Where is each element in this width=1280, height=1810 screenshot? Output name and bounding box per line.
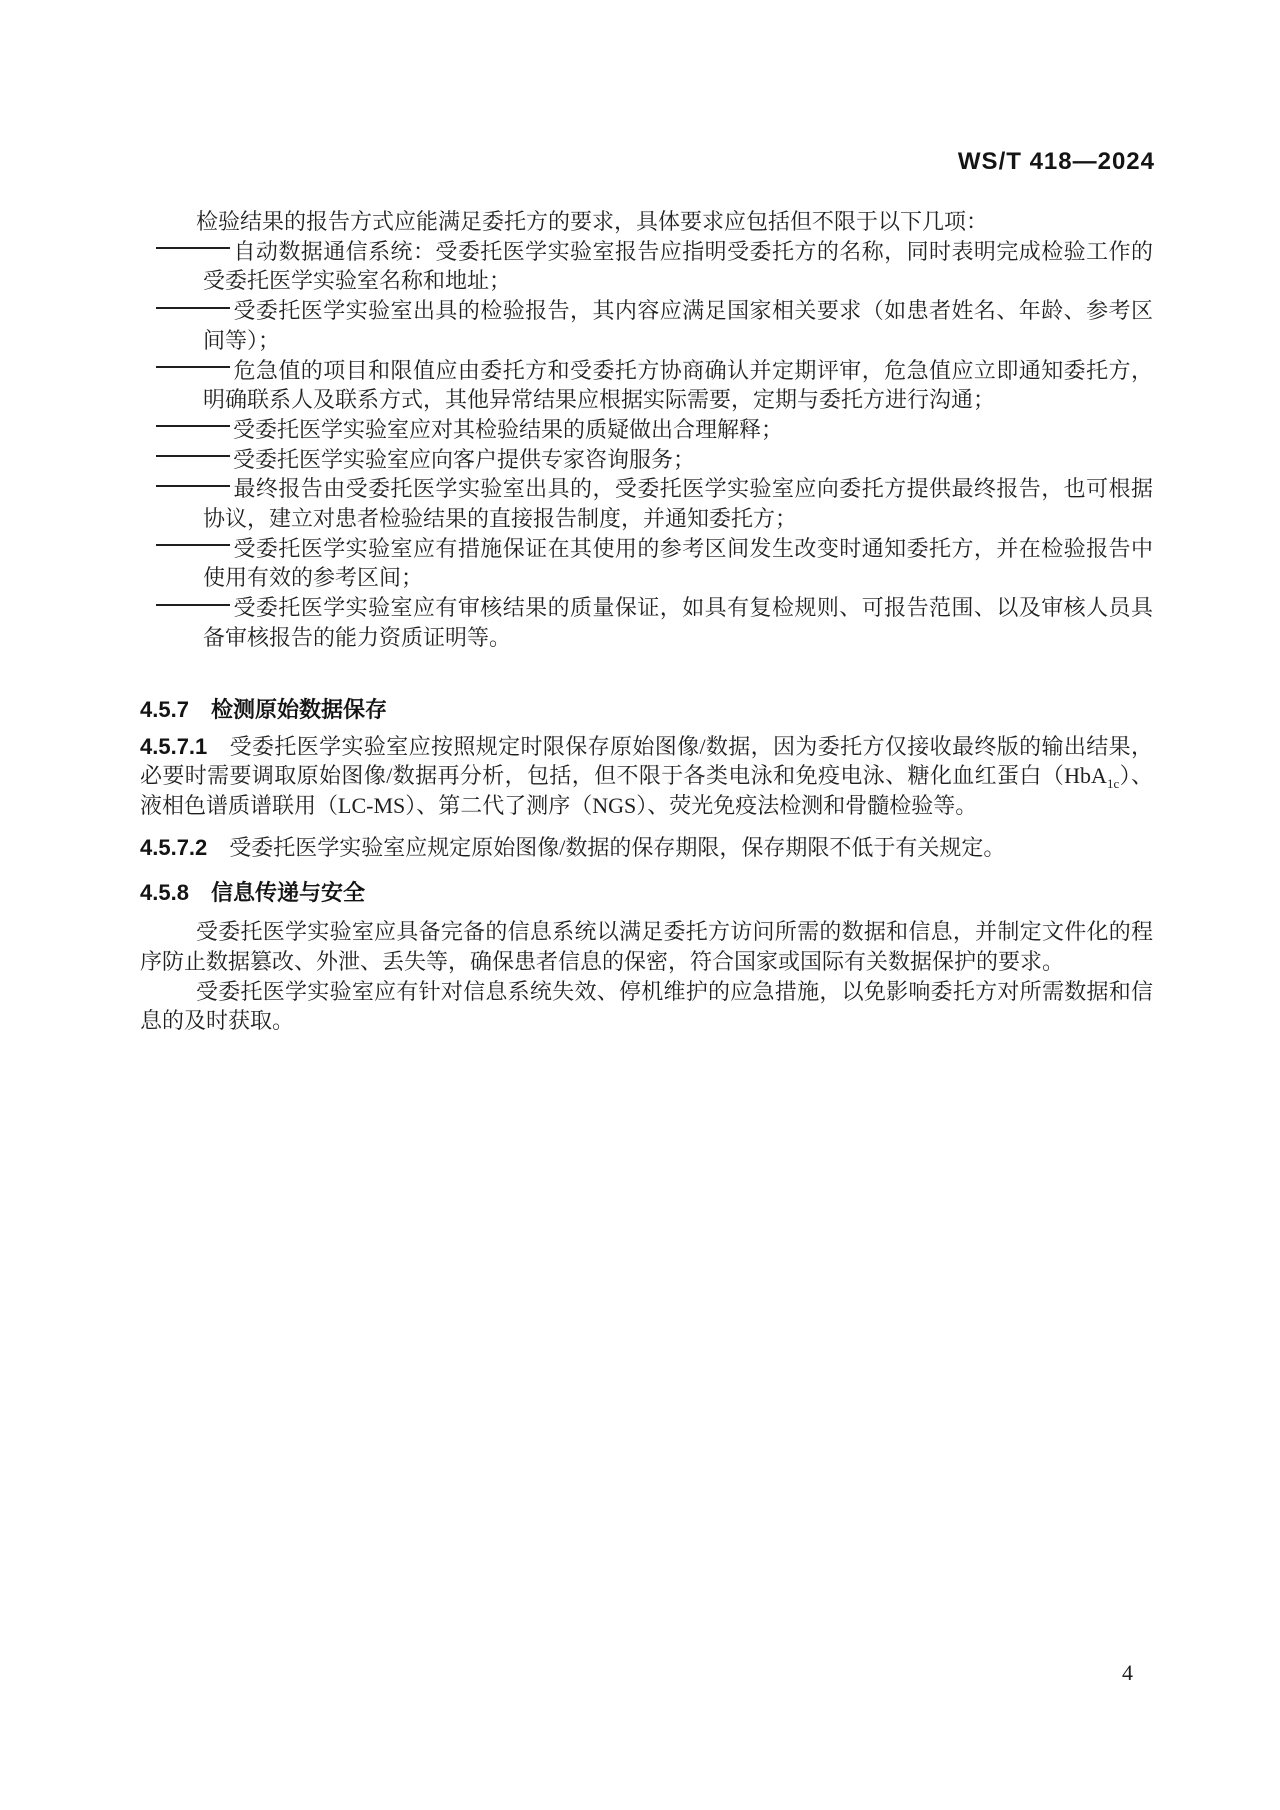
list-item: ——最终报告由受委托医学实验室出具的，受委托医学实验室应向委托方提供最终报告，也…: [140, 474, 1153, 533]
document-page: WS/T 418—2024 检验结果的报告方式应能满足委托方的要求，具体要求应包…: [0, 0, 1280, 1810]
em-dash-bullet: ——: [155, 593, 231, 615]
list-item-text: 受委托医学实验室应对其检验结果的质疑做出合理解释；: [233, 417, 783, 442]
em-dash-bullet: ——: [155, 534, 231, 556]
em-dash-bullet: ——: [155, 356, 231, 378]
em-dash-bullet: ——: [155, 237, 231, 259]
section-458-paragraph-2: 受委托医学实验室应有针对信息系统失效、停机维护的应急措施，以免影响委托方对所需数…: [140, 977, 1153, 1036]
section-number: 4.5.7: [140, 697, 189, 722]
list-item: ——受委托医学实验室应有措施保证在其使用的参考区间发生改变时通知委托方，并在检验…: [140, 534, 1153, 593]
clause-text: 受委托医学实验室应按照规定时限保存原始图像/数据，因为委托方仅接收最终版的输出结…: [140, 734, 1153, 789]
section-number: 4.5.8: [140, 880, 189, 905]
section-title: 信息传递与安全: [211, 880, 365, 905]
clause-text: 受委托医学实验室应规定原始图像/数据的保存期限，保存期限不低于有关规定。: [229, 835, 1005, 860]
clause-number: 4.5.7.1: [140, 734, 207, 759]
list-item-text: 受委托医学实验室应向客户提供专家咨询服务；: [233, 447, 695, 472]
em-dash-bullet: ——: [155, 415, 231, 437]
list-item-text: 受委托医学实验室出具的检验报告，其内容应满足国家相关要求（如患者姓名、年龄、参考…: [203, 298, 1153, 353]
section-heading-458: 4.5.8信息传递与安全: [140, 878, 1153, 908]
list-item: ——受委托医学实验室出具的检验报告，其内容应满足国家相关要求（如患者姓名、年龄、…: [140, 296, 1153, 355]
list-item-text: 受委托医学实验室应有审核结果的质量保证，如具有复检规则、可报告范围、以及审核人员…: [203, 595, 1153, 650]
page-content: 检验结果的报告方式应能满足委托方的要求，具体要求应包括但不限于以下几项： ——自…: [140, 207, 1153, 1036]
page-number: 4: [1122, 1660, 1133, 1686]
list-item: ——危急值的项目和限值应由委托方和受委托方协商确认并定期评审，危急值应立即通知委…: [140, 356, 1153, 415]
list-item-text: 自动数据通信系统：受委托医学实验室报告应指明受委托方的名称，同时表明完成检验工作…: [203, 239, 1153, 294]
section-458-paragraph-1: 受委托医学实验室应具备完备的信息系统以满足委托方访问所需的数据和信息，并制定文件…: [140, 917, 1153, 976]
clause-4572: 4.5.7.2受委托医学实验室应规定原始图像/数据的保存期限，保存期限不低于有关…: [140, 833, 1153, 863]
subscript-hba1c: 1c: [1107, 776, 1119, 791]
clause-number: 4.5.7.2: [140, 835, 207, 860]
requirements-list: ——自动数据通信系统：受委托医学实验室报告应指明受委托方的名称，同时表明完成检验…: [140, 237, 1153, 653]
section-heading-457: 4.5.7检测原始数据保存: [140, 695, 1153, 725]
em-dash-bullet: ——: [155, 296, 231, 318]
list-item: ——受委托医学实验室应对其检验结果的质疑做出合理解释；: [140, 415, 1153, 445]
clause-4571: 4.5.7.1受委托医学实验室应按照规定时限保存原始图像/数据，因为委托方仅接收…: [140, 732, 1153, 821]
list-item: ——受委托医学实验室应有审核结果的质量保证，如具有复检规则、可报告范围、以及审核…: [140, 593, 1153, 652]
em-dash-bullet: ——: [155, 474, 231, 496]
list-item-text: 危急值的项目和限值应由委托方和受委托方协商确认并定期评审，危急值应立即通知委托方…: [203, 358, 1153, 413]
list-item: ——受委托医学实验室应向客户提供专家咨询服务；: [140, 445, 1153, 475]
em-dash-bullet: ——: [155, 445, 231, 467]
section-title: 检测原始数据保存: [211, 697, 387, 722]
list-item-text: 最终报告由受委托医学实验室出具的，受委托医学实验室应向委托方提供最终报告，也可根…: [203, 476, 1153, 531]
intro-paragraph: 检验结果的报告方式应能满足委托方的要求，具体要求应包括但不限于以下几项：: [140, 207, 1153, 237]
document-code-header: WS/T 418—2024: [958, 148, 1155, 176]
list-item-text: 受委托医学实验室应有措施保证在其使用的参考区间发生改变时通知委托方，并在检验报告…: [203, 536, 1153, 591]
list-item: ——自动数据通信系统：受委托医学实验室报告应指明受委托方的名称，同时表明完成检验…: [140, 237, 1153, 296]
